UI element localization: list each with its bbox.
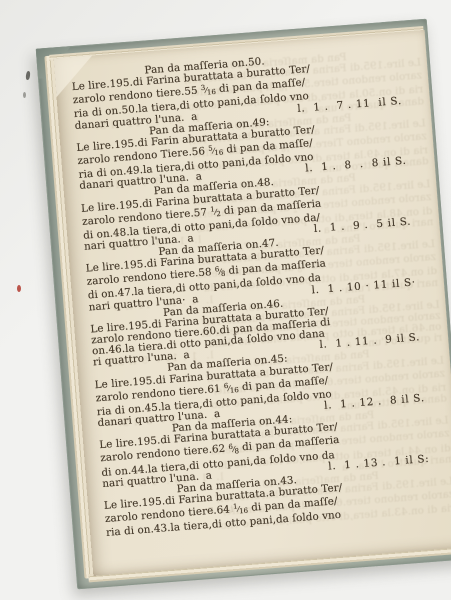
dark-stain	[23, 92, 26, 98]
book-page: Pan da maſſeria on.50. Le lire.195.di Fa…	[54, 30, 451, 576]
photo-background: Pan da maſſeria on.50. Le lire.195.di Fa…	[0, 0, 451, 600]
dark-stain	[25, 71, 30, 80]
text-block: Pan da maſſeria on.50. Le lire.195.di Fa…	[71, 46, 436, 539]
red-stain	[17, 285, 21, 292]
book: Pan da maſſeria on.50. Le lire.195.di Fa…	[36, 19, 451, 589]
